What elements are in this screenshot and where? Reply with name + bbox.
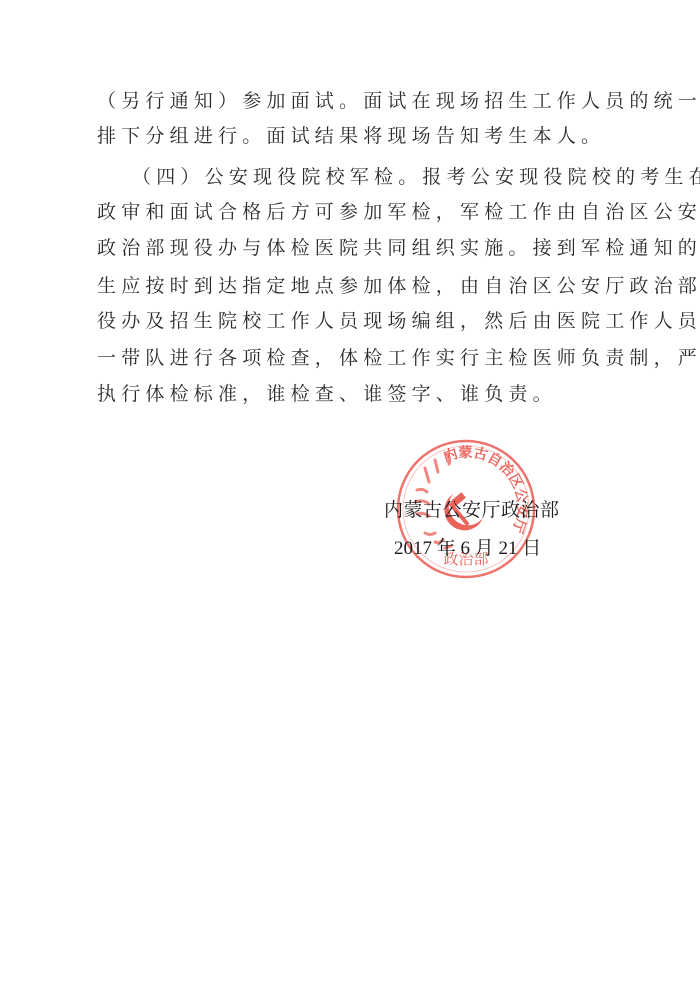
paragraph-line: （四）公安现役院校军检。报考公安现役院校的考生在 [132, 165, 587, 189]
signature-date: 2017 年 6 月 21 日 [394, 533, 541, 560]
document-page: （另行通知）参加面试。面试在现场招生工作人员的统一安 排下分组进行。面试结果将现… [0, 0, 700, 990]
paragraph-line: 政审和面试合格后方可参加军检，军检工作由自治区公安厅 [97, 200, 587, 224]
signature-organization: 内蒙古公安厅政治部 [384, 495, 560, 522]
paragraph-line: 执行体检标准，谁检查、谁签字、谁负责。 [97, 382, 587, 406]
paragraph-line: 役办及招生院校工作人员现场编组，然后由医院工作人员统 [97, 309, 587, 333]
paragraph-line: 排下分组进行。面试结果将现场告知考生本人。 [97, 124, 587, 148]
paragraph-line: 一带队进行各项检查，体检工作实行主检医师负责制，严格 [97, 346, 587, 370]
paragraph-line: 政治部现役办与体检医院共同组织实施。接到军检通知的考 [97, 236, 587, 260]
paragraph-line: 生应按时到达指定地点参加体检，由自治区公安厅政治部现 [97, 274, 587, 298]
paragraph-line: （另行通知）参加面试。面试在现场招生工作人员的统一安 [97, 89, 587, 113]
